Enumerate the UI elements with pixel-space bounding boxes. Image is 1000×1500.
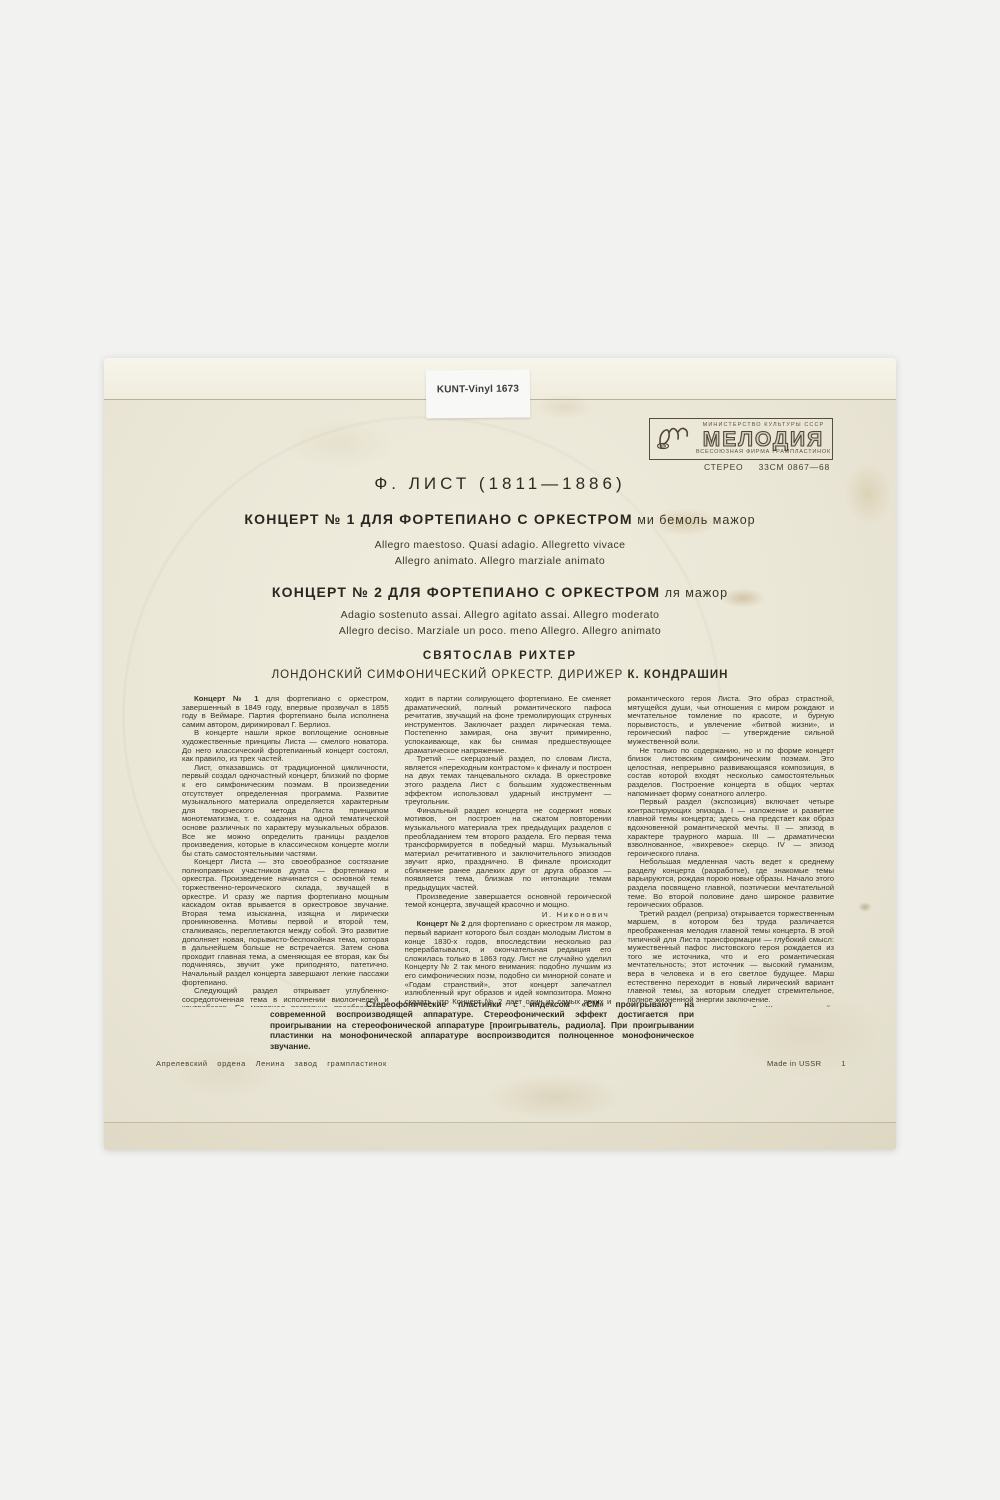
copy-number: 1 <box>841 1059 846 1068</box>
melodiya-logo-text: МИНИСТЕРСТВО КУЛЬТУРЫ СССР МЕЛОДИЯ ВСЕСО… <box>696 423 831 455</box>
record-sleeve-back: KUNT-Vinyl 1673 МИНИСТЕРСТВО КУЛЬТУРЫ СС… <box>104 358 896 1150</box>
paragraph: Лист, отказавшись от традиционной циклич… <box>182 764 389 859</box>
paragraph-text: Третий раздел (реприза) открывается торж… <box>627 909 834 1004</box>
made-in-text: Made in USSR <box>767 1059 821 1068</box>
concert-1-tempos: Allegro maestoso. Quasi adagio. Allegret… <box>144 538 856 569</box>
paragraph-text: Произведение завершается основной героич… <box>405 892 612 910</box>
melodiya-logo-icon <box>652 422 696 456</box>
paper-stain <box>858 902 872 912</box>
concert-1-title: КОНЦЕРТ № 1 ДЛЯ ФОРТЕПИАНО С ОРКЕСТРОМ <box>244 511 632 527</box>
catalog-line: СТЕРЕО 33СМ 0867—68 <box>704 462 830 472</box>
soloist-name: СВЯТОСЛАВ РИХТЕР <box>144 650 856 662</box>
paragraph: Небольшая медленная часть ведет к средне… <box>627 858 834 910</box>
paragraph-text: Финальный раздел концерта не содержит но… <box>405 806 612 892</box>
orchestra-line: ЛОНДОНСКИЙ СИМФОНИЧЕСКИЙ ОРКЕСТР. ДИРИЖЕ… <box>144 669 856 681</box>
brand-name: МЕЛОДИЯ <box>696 429 831 450</box>
paragraph: В концерте нашли яркое воплощение основн… <box>182 729 389 763</box>
catalog-number: 33СМ 0867—68 <box>759 462 830 472</box>
paragraph: Финальный раздел концерта не содержит но… <box>405 807 612 893</box>
conductor-name: К. КОНДРАШИН <box>627 669 728 681</box>
paragraph: Третий раздел (реприза) открывается торж… <box>627 910 834 1005</box>
paragraph: Концерт № 1 для фортепиано с оркестром, … <box>182 695 389 729</box>
liner-notes: Концерт № 1 для фортепиано с оркестром, … <box>182 695 834 1007</box>
tempo-line: Allegro deciso. Marziale un poco. meno A… <box>144 624 856 640</box>
composer-title: Ф. ЛИСТ (1811—1886) <box>144 474 856 494</box>
concert-2-title: КОНЦЕРТ № 2 ДЛЯ ФОРТЕПИАНО С ОРКЕСТРОМ <box>272 584 660 600</box>
concert-2-key: ля мажор <box>665 586 728 600</box>
tempo-line: Adagio sostenuto assai. Allegro agitato … <box>144 608 856 624</box>
liner-notes-column-3: романтического героя Листа. Это образ ст… <box>627 695 834 1007</box>
paragraph-text: Не только по содержанию, но и по форме к… <box>627 746 834 798</box>
paragraph: Концерт № 2 для фортепиано с оркестром л… <box>405 920 612 1007</box>
stereo-label: СТЕРЕО <box>704 462 743 472</box>
paragraph-text: романтического героя Листа. Это образ ст… <box>627 695 834 746</box>
concert-1-key: ми бемоль мажор <box>637 513 755 527</box>
made-in-line: Made in USSR 1 <box>767 1059 846 1068</box>
paragraph-text: ходит в партии солирующего фортепиано. Е… <box>405 695 612 755</box>
paragraph: Не только по содержанию, но и по форме к… <box>627 747 834 799</box>
concert-2-tempos: Adagio sostenuto assai. Allegro agitato … <box>144 608 856 639</box>
paragraph-text: Концерт Листа — это своеобразное состяза… <box>182 857 389 986</box>
paper-stain <box>164 1048 284 1098</box>
concert-1-heading: КОНЦЕРТ № 1 ДЛЯ ФОРТЕПИАНО С ОРКЕСТРОМ м… <box>144 511 856 529</box>
liner-notes-column-1: Концерт № 1 для фортепиано с оркестром, … <box>182 695 389 1007</box>
paragraph-text: В концерте нашли яркое воплощение основн… <box>182 728 389 763</box>
paragraph: Третий — скерцозный раздел, по словам Ли… <box>405 755 612 807</box>
paragraph: Произведение завершается основной героич… <box>405 893 612 910</box>
paragraph-text: для фортепиано с оркестром ля мажор, пер… <box>405 919 612 1007</box>
paper-stain <box>484 1074 624 1120</box>
inventory-sticker: KUNT-Vinyl 1673 <box>426 369 530 418</box>
orchestra-name: ЛОНДОНСКИЙ СИМФОНИЧЕСКИЙ ОРКЕСТР. ДИРИЖЕ… <box>272 669 628 681</box>
sticker-label: KUNT-Vinyl 1673 <box>437 384 519 396</box>
paragraph-text: Первый раздел (экспозиция) включает четы… <box>627 797 834 858</box>
paragraph: романтического героя Листа. Это образ ст… <box>627 695 834 747</box>
stereo-playback-note: Стереофонические пластинки с индексом «С… <box>270 999 694 1051</box>
liner-notes-column-2: ходит в партии солирующего фортепиано. Е… <box>405 695 612 1007</box>
tempo-line: Allegro animato. Allegro marziale animat… <box>144 554 856 570</box>
sleeve-footer: Апрелевский ордена Ленина завод грамплас… <box>156 1059 846 1068</box>
firm-line: ВСЕСОЮЗНАЯ ФИРМА ГРАМПЛАСТИНОК <box>696 450 831 456</box>
melodiya-logo-box: МИНИСТЕРСТВО КУЛЬТУРЫ СССР МЕЛОДИЯ ВСЕСО… <box>649 418 833 460</box>
factory-credit: Апрелевский ордена Ленина завод грамплас… <box>156 1059 387 1068</box>
paragraph-text: Лист, отказавшись от традиционной циклич… <box>182 763 389 858</box>
concert-2-heading: КОНЦЕРТ № 2 ДЛЯ ФОРТЕПИАНО С ОРКЕСТРОМ л… <box>144 584 856 602</box>
paragraph-text: Третий — скерцозный раздел, по словам Ли… <box>405 754 612 806</box>
tempo-line: Allegro maestoso. Quasi adagio. Allegret… <box>144 538 856 554</box>
paragraph-text: Небольшая медленная часть ведет к средне… <box>627 857 834 909</box>
paragraph: Первый раздел (экспозиция) включает четы… <box>627 798 834 858</box>
paragraph: Концерт Листа — это своеобразное состяза… <box>182 858 389 987</box>
paragraph: ходит в партии солирующего фортепиано. Е… <box>405 695 612 755</box>
author-signature: И. Никонович <box>405 911 610 920</box>
sleeve-bottom-strip <box>104 1123 896 1150</box>
photo-background: KUNT-Vinyl 1673 МИНИСТЕРСТВО КУЛЬТУРЫ СС… <box>0 0 1000 1500</box>
